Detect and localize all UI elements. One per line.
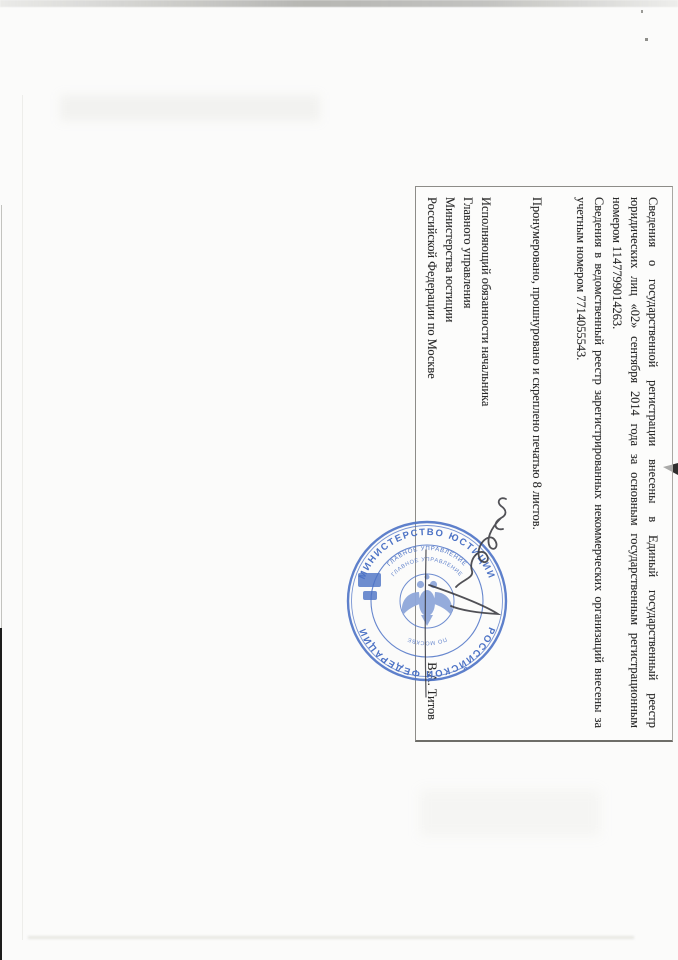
scan-left-edge-dark-line [0, 628, 2, 960]
signature-ink [400, 490, 520, 705]
scan-top-shadow-band [0, 0, 678, 7]
paper-left-edge-line [22, 95, 23, 940]
registry-text-line: Сведения в ведомственный реестр зарегист… [590, 197, 608, 728]
scan-speck [645, 38, 648, 41]
signature-stroke [425, 550, 426, 697]
paper-bottom-edge-smudge [28, 936, 634, 939]
signatory-title-line: Главного управления [459, 197, 477, 406]
scan-speck [641, 10, 643, 13]
scan-left-edge-faint-line [1, 205, 2, 635]
signature-stroke [456, 498, 506, 587]
registration-text-line: юридических лиц «02» сентября 2014 года … [626, 197, 644, 728]
seal-ink-blob [358, 573, 381, 600]
registration-text-line: Сведения о государственной регистрации в… [644, 197, 662, 728]
signatory-title: Исполняющий обязанности начальника Главн… [423, 197, 495, 406]
scanned-document-page: Сведения о государственной регистрации в… [0, 0, 678, 960]
registry-text-line: учетным номером 7714055543. [572, 197, 590, 728]
registration-text-line: номером 1147799014263. [608, 197, 626, 728]
signatory-title-line: Исполняющий обязанности начальника [477, 197, 495, 406]
scan-smudge [60, 95, 320, 121]
signatory-title-line: Министерства юстиции [441, 197, 459, 406]
scan-smudge [420, 790, 600, 836]
signatory-title-line: Российской Федерации по Москве [423, 197, 441, 406]
binding-statement: Пронумеровано, прошнуровано и скреплено … [528, 197, 546, 728]
signature-stroke [429, 585, 498, 614]
